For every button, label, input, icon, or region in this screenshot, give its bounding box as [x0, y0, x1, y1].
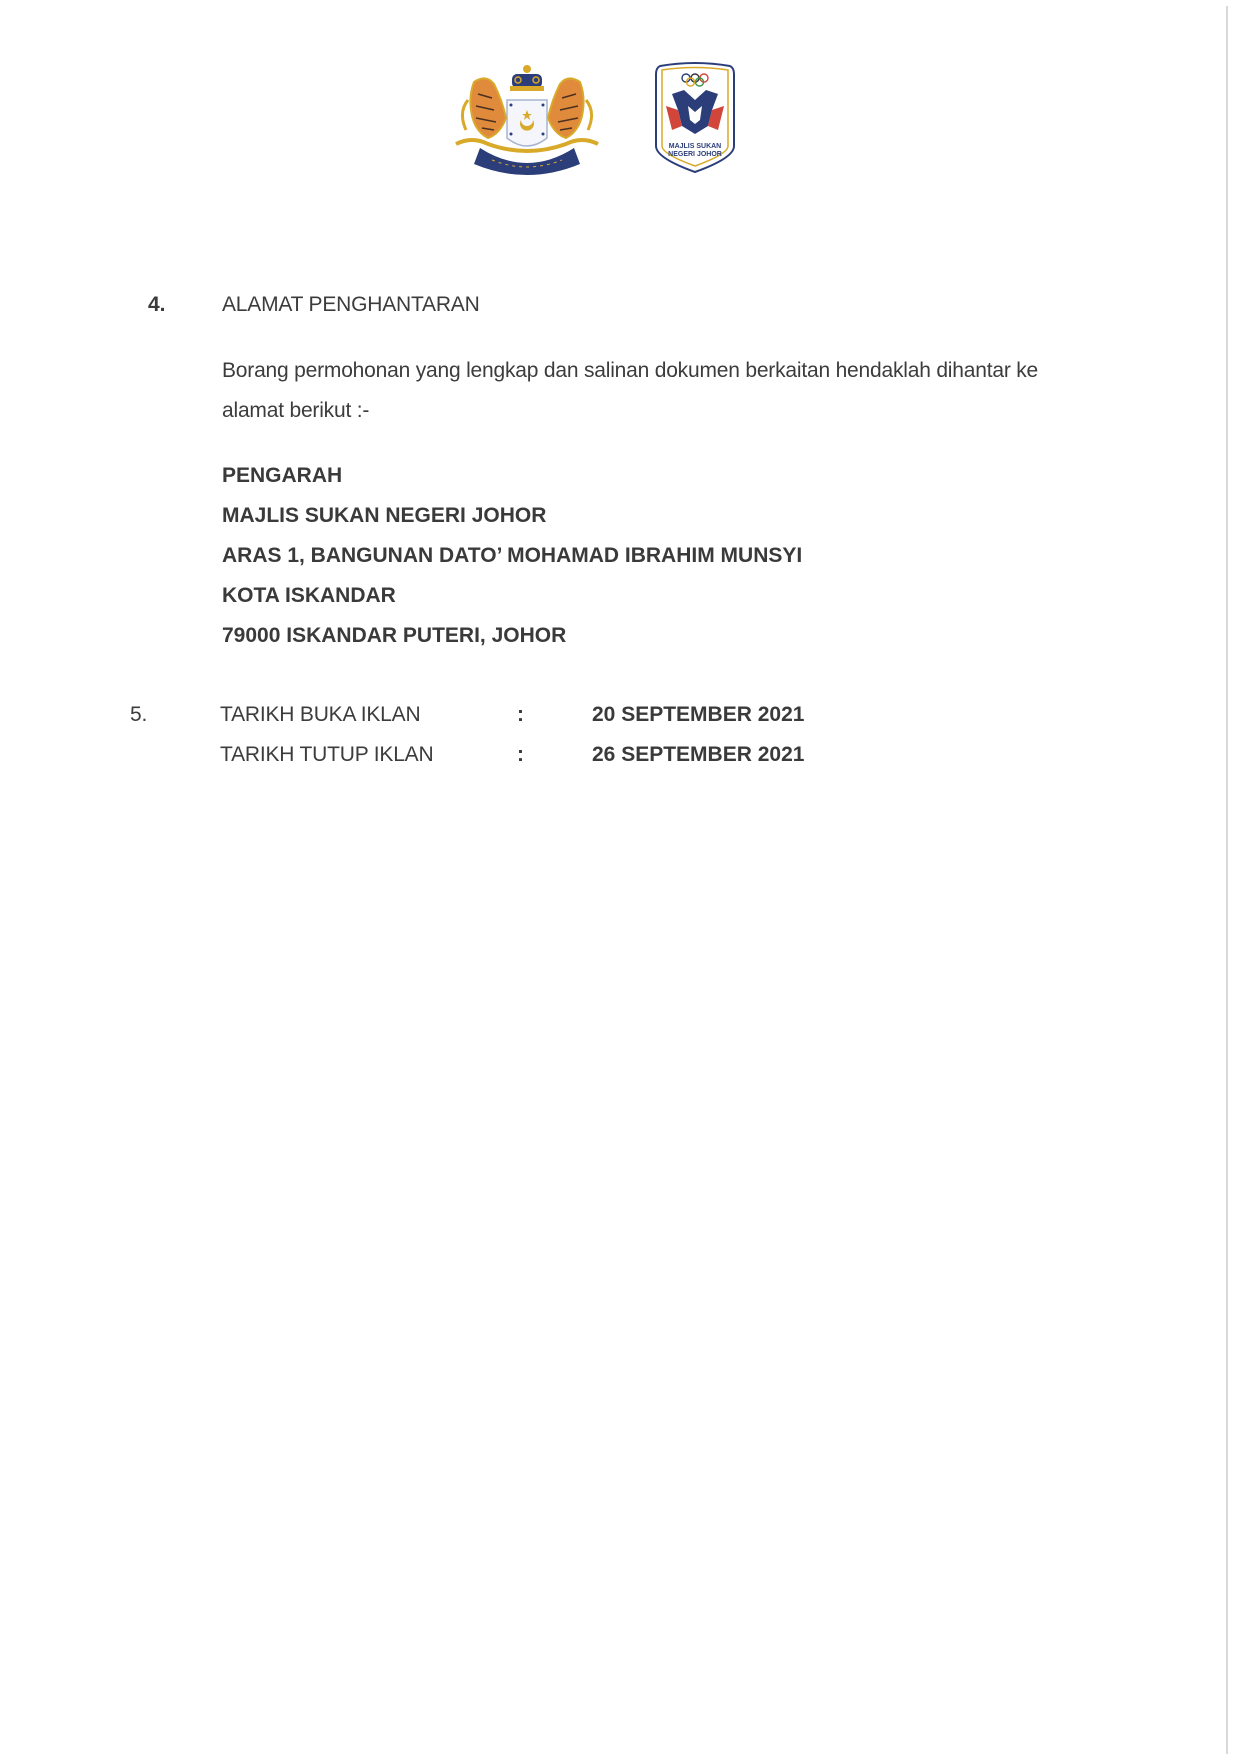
address-line: ARAS 1, BANGUNAN DATO’ MOHAMAD IBRAHIM M…	[222, 544, 802, 568]
open-date-label: TARIKH BUKA IKLAN	[220, 703, 420, 727]
address-line: KOTA ISKANDAR	[222, 584, 396, 608]
svg-text:NEGERI JOHOR: NEGERI JOHOR	[668, 151, 722, 158]
open-date-separator: :	[517, 703, 524, 727]
address-line: PENGARAH	[222, 464, 342, 488]
close-date-value: 26 SEPTEMBER 2021	[592, 743, 804, 767]
page-edge-line	[1226, 6, 1228, 1754]
close-date-separator: :	[517, 743, 524, 767]
address-line: MAJLIS SUKAN NEGERI JOHOR	[222, 504, 546, 528]
section-5-number: 5.	[130, 703, 147, 727]
section-4-paragraph-line-2: alamat berikut :-	[222, 399, 369, 423]
section-4-number: 4.	[148, 293, 166, 317]
msnj-logo-icon: MAJLIS SUKAN NEGERI JOHOR	[652, 60, 738, 174]
section-4-heading: ALAMAT PENGHANTARAN	[222, 293, 480, 317]
coat-of-arms-icon	[452, 60, 602, 176]
close-date-label: TARIKH TUTUP IKLAN	[220, 743, 433, 767]
svg-text:MAJLIS SUKAN: MAJLIS SUKAN	[669, 143, 722, 150]
section-4-paragraph-line-1: Borang permohonan yang lengkap dan salin…	[222, 359, 1038, 383]
open-date-value: 20 SEPTEMBER 2021	[592, 703, 804, 727]
address-line: 79000 ISKANDAR PUTERI, JOHOR	[222, 624, 566, 648]
